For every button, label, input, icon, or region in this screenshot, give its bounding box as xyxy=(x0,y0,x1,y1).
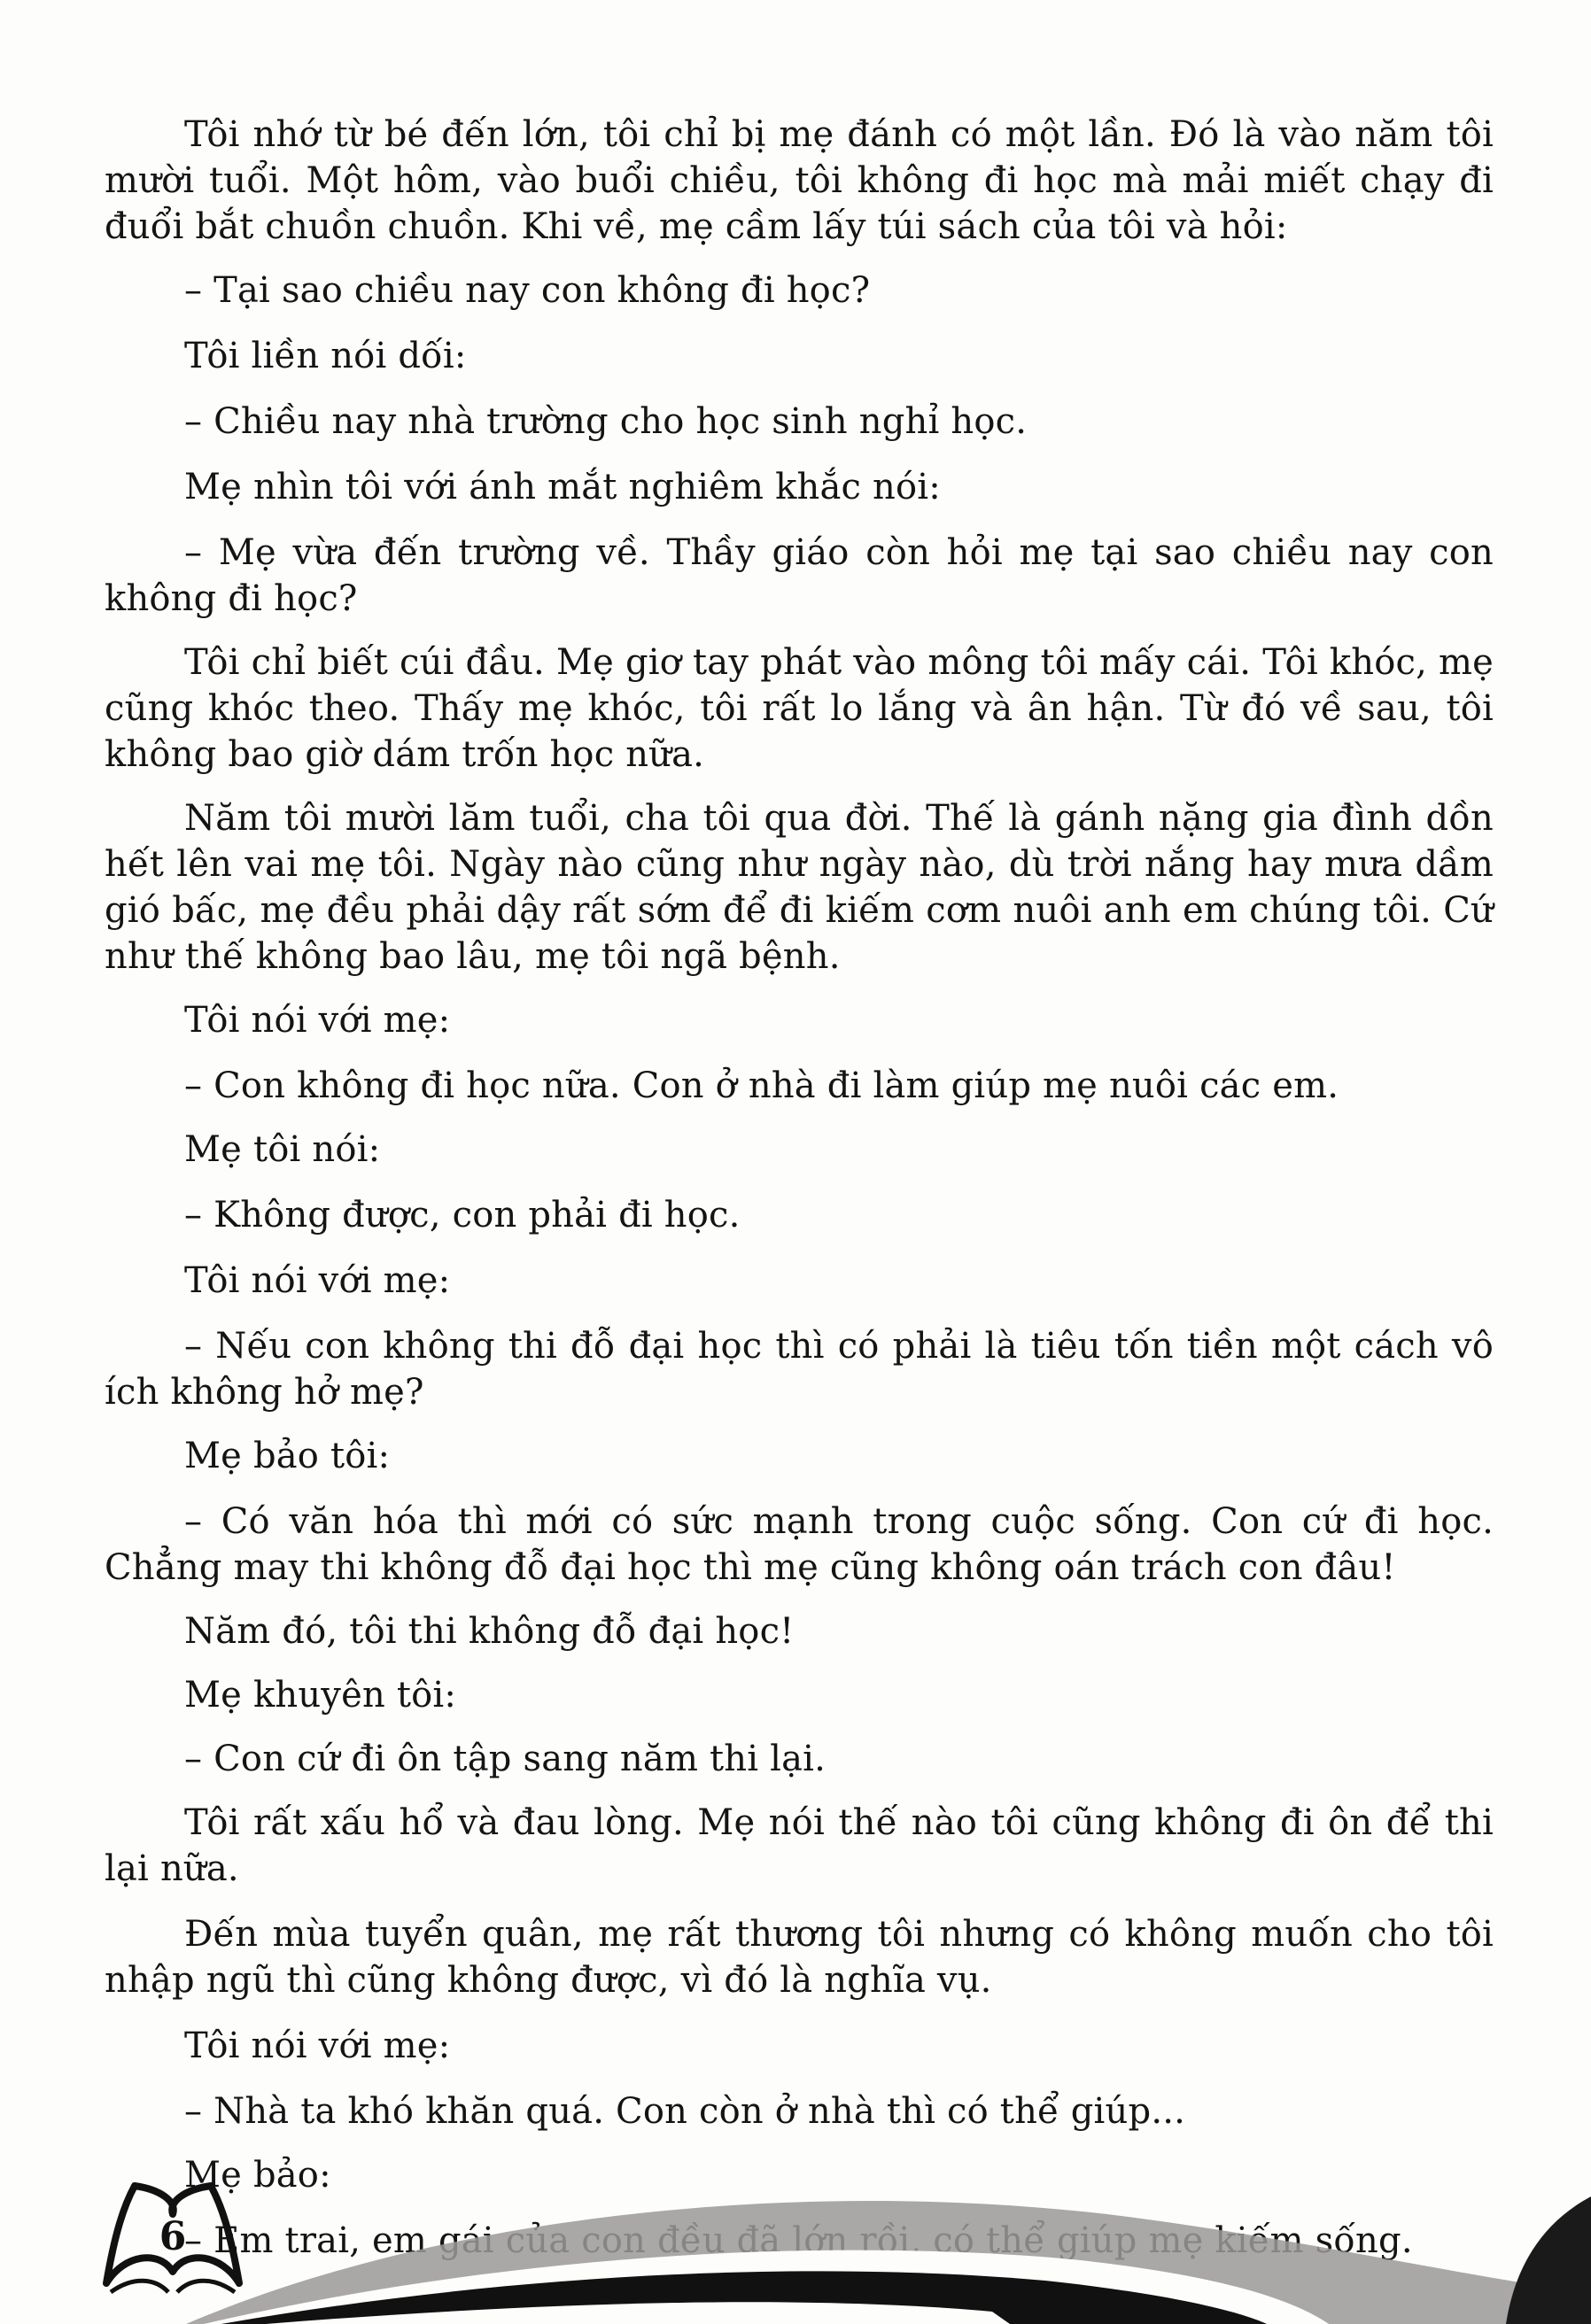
paragraph: Tôi chỉ biết cúi đầu. Mẹ giơ tay phát và… xyxy=(105,639,1494,778)
dialogue-line: – Chiều nay nhà trường cho học sinh nghỉ… xyxy=(105,399,1494,445)
dialogue-line: – Nếu con không thi đỗ đại học thì có ph… xyxy=(105,1323,1494,1415)
dialogue-line: – Có văn hóa thì mới có sức mạnh trong c… xyxy=(105,1499,1494,1591)
dialogue-line: – Con không đi học nữa. Con ở nhà đi làm… xyxy=(105,1063,1494,1109)
paragraph: Đến mùa tuyển quân, mẹ rất thương tôi nh… xyxy=(105,1911,1494,2003)
paragraph: Tôi liền nói dối: xyxy=(105,333,1494,379)
paragraph: Mẹ tôi nói: xyxy=(105,1127,1494,1173)
page-number: 6 xyxy=(80,2214,266,2259)
paragraph: Mẹ nhìn tôi với ánh mắt nghiêm khắc nói: xyxy=(105,464,1494,510)
dialogue-line: – Tại sao chiều nay con không đi học? xyxy=(105,267,1494,314)
dialogue-line: – Không được, con phải đi học. xyxy=(105,1192,1494,1238)
paragraph: Mẹ bảo tôi: xyxy=(105,1433,1494,1479)
dialogue-line: – Mẹ vừa đến trường về. Thầy giáo còn hỏ… xyxy=(105,530,1494,622)
paragraph: Tôi nói với mẹ: xyxy=(105,1258,1494,1304)
page-number-badge: 6 xyxy=(80,2179,266,2294)
paragraph: Tôi nhớ từ bé đến lớn, tôi chỉ bị mẹ đán… xyxy=(105,112,1494,250)
paragraph: Tôi rất xấu hổ và đau lòng. Mẹ nói thế n… xyxy=(105,1800,1494,1892)
dialogue-line: – Nhà ta khó khăn quá. Con còn ở nhà thì… xyxy=(105,2088,1494,2134)
paragraph: Mẹ khuyên tôi: xyxy=(105,1672,1494,1718)
dialogue-line: – Con cứ đi ôn tập sang năm thi lại. xyxy=(105,1736,1494,1782)
page-body: Tôi nhớ từ bé đến lớn, tôi chỉ bị mẹ đán… xyxy=(105,112,1494,2264)
paragraph: Năm đó, tôi thi không đỗ đại học! xyxy=(105,1608,1494,1654)
paragraph: Năm tôi mười lăm tuổi, cha tôi qua đời. … xyxy=(105,795,1494,980)
paragraph: Tôi nói với mẹ: xyxy=(105,2023,1494,2069)
paragraph: Tôi nói với mẹ: xyxy=(105,997,1494,1043)
page-footer: 6 xyxy=(0,2161,1591,2324)
